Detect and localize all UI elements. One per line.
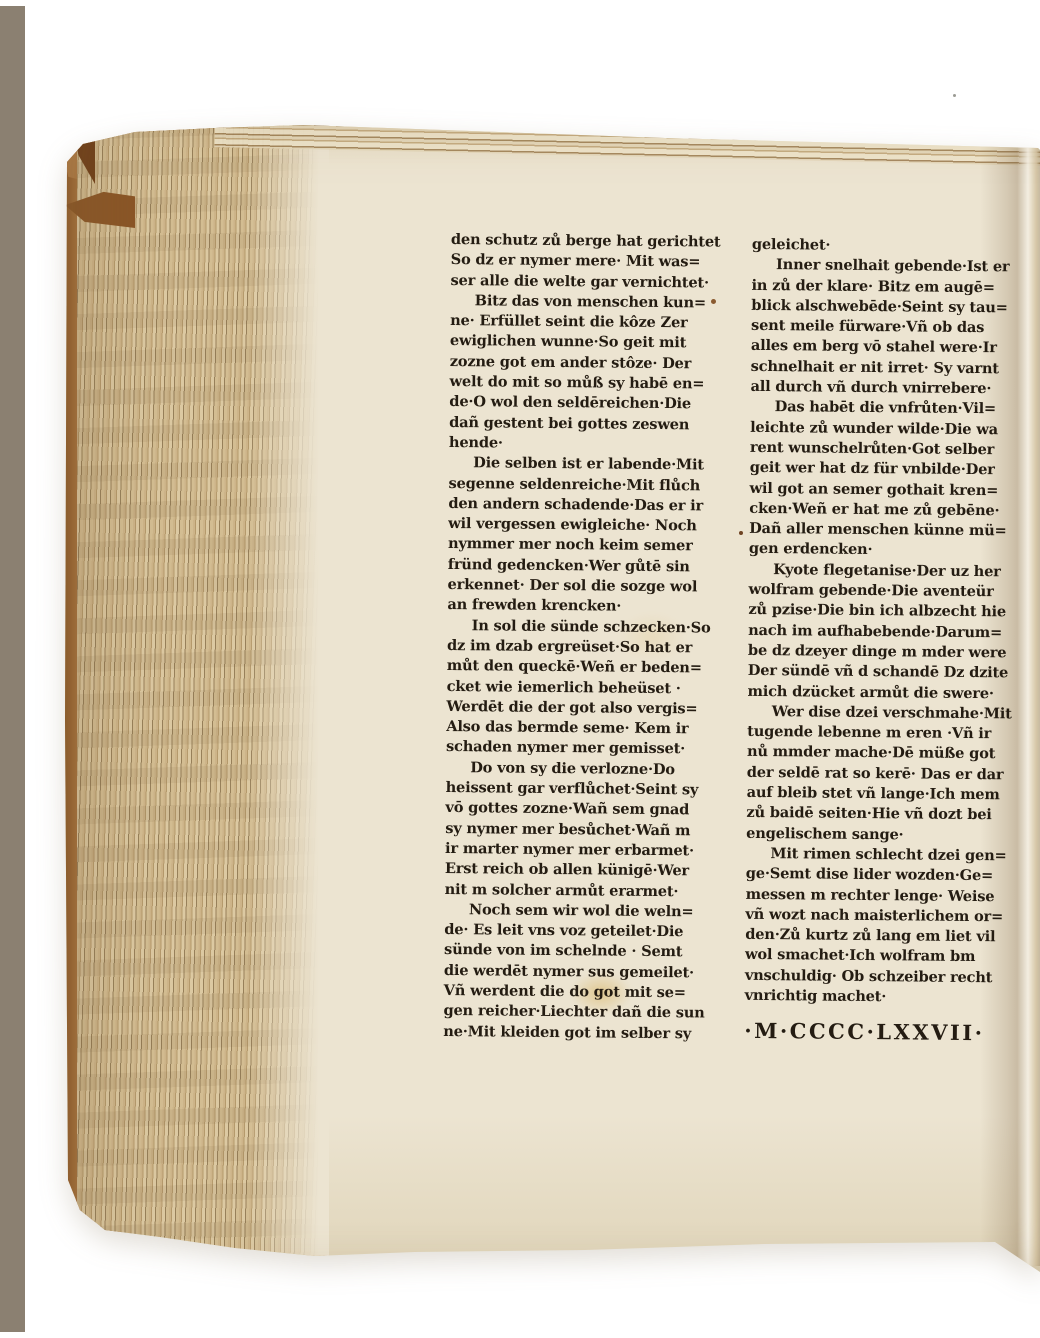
text-line: So dz er nymer mere· Mit was= — [451, 250, 709, 273]
text-line: hende· — [449, 433, 707, 456]
text-line: dañ gestent bei gottes zeswen — [449, 413, 707, 436]
text-line: messen m rechter lenge· Weise — [746, 884, 1012, 907]
text-line: der seldē rat so kerē· Das er dar — [747, 763, 1013, 786]
text-line: geleichet· — [752, 235, 1018, 258]
text-line: vō gottes zozne·Wañ sem gnad — [445, 798, 703, 821]
top-page-edges — [214, 122, 1040, 166]
text-line: wil vergessen ewigleiche· Noch — [448, 514, 706, 537]
text-line: Das habēt die vnfrůten·Vil= — [750, 397, 1016, 420]
text-line: schaden nymer mer gemisset· — [446, 737, 704, 760]
text-line: ge·Semt dise lider wozden·Ge= — [746, 864, 1012, 887]
text-column-right-lines: geleichet· Inner snelhait gebende·Ist er… — [745, 235, 1018, 1009]
text-line: Die selben ist er labende·Mit — [449, 453, 707, 476]
text-line: Der sündē vñ d schandē Dz dzite — [748, 661, 1014, 684]
text-line: zozne got em ander stôze· Der — [450, 352, 708, 375]
text-line: alles em berg vō stahel were·Ir — [751, 336, 1017, 359]
text-line: ne·Mit kleiden got im selber sy — [443, 1022, 701, 1045]
text-line: wil got an semer gothait kren= — [749, 478, 1015, 501]
text-line: můt den queckē·Weñ er beden= — [447, 656, 705, 679]
text-line: all durch vñ durch vnirrebere· — [750, 377, 1016, 400]
text-line: segenne seldenreiche·Mit flůch — [448, 474, 706, 497]
text-line: auf bleib stet vñ lange·Ich mem — [747, 783, 1013, 806]
text-line: cket wie iemerlich beheüset · — [447, 677, 705, 700]
text-line: sünde von im schelnde · Semt — [444, 940, 702, 963]
text-line: Wer dise dzei verschmahe·Mit — [747, 702, 1013, 725]
text-line: Erst reich ob allen künigē·Wer — [445, 859, 703, 882]
text-line: In sol die sünde schzecken·So — [447, 616, 705, 639]
text-line: Dañ aller menschen künne mü= — [749, 519, 1015, 542]
gray-border-strip — [0, 6, 25, 1332]
text-line: vnschuldig· Ob schzeiber recht — [745, 966, 1011, 989]
text-line: ir marter nymer mer erbarmet· — [445, 839, 703, 862]
text-line: in zů der klare· Bitz em augē= — [751, 275, 1017, 298]
text-line: leichte zů wunder wilde·Die wa — [750, 418, 1016, 441]
text-block: den schutz zů berge hat gerichtetSo dz e… — [451, 230, 1031, 236]
book-photograph: den schutz zů berge hat gerichtetSo dz e… — [0, 0, 1040, 1338]
text-column-left: den schutz zů berge hat gerichtetSo dz e… — [443, 230, 709, 1044]
text-line: heissent gar verflůchet·Seint sy — [446, 778, 704, 801]
text-line: ewiglichen wunne·So geit mit — [450, 331, 708, 354]
text-line: Kyote flegetanise·Der uz her — [749, 560, 1015, 583]
text-line: be dz dzeyer dinge m mder were — [748, 641, 1014, 664]
text-line: rent wunschelrůten·Got selber — [750, 438, 1016, 461]
text-line: de·O wol den seldēreichen·Die — [449, 392, 707, 415]
text-line: dz im dzab ergreüset·So hat er — [447, 636, 705, 659]
text-line: cken·Weñ er hat me zů gebēne· — [749, 499, 1015, 522]
text-line: de· Es leit vns voz geteilet·Die — [444, 920, 702, 943]
text-line: wolfram gebende·Die aventeür — [748, 580, 1014, 603]
text-line: Werdēt die der got also vergis= — [446, 697, 704, 720]
text-line: den andern schadende·Das er ir — [448, 494, 706, 517]
text-line: erkennet· Der sol die sozge wol — [447, 575, 705, 598]
open-page: den schutz zů berge hat gerichtetSo dz e… — [65, 120, 1040, 1278]
text-line: nymmer mer noch keim semer — [448, 534, 706, 557]
text-line: nit m solcher armůt erarmet· — [445, 879, 703, 902]
text-line: nach im aufhabebende·Darum= — [748, 621, 1014, 644]
dust-speck — [953, 94, 956, 97]
text-line: Inner snelhait gebende·Ist er — [752, 255, 1018, 278]
text-line: ne· Erfüllet seint die kôze Zer — [450, 311, 708, 334]
text-line: den schutz zů berge hat gerichtet — [451, 230, 709, 253]
text-line: vñ wozt nach maisterlichem or= — [745, 905, 1011, 928]
colophon-date: ·M·CCCC·LXXVII· — [744, 1021, 1010, 1044]
text-line: Do von sy die verlozne·Do — [446, 758, 704, 781]
text-line: Also das bermde seme· Kem ir — [446, 717, 704, 740]
text-line: fründ gedencken·Wer gůtē sin — [448, 555, 706, 578]
text-line: die werdēt nymer sus gemeilet· — [444, 961, 702, 984]
text-line: welt do mit so můß sy habē en= — [449, 372, 707, 395]
text-line: Noch sem wir wol die weln= — [444, 900, 702, 923]
fore-edge-page-stack — [77, 124, 329, 1260]
text-line: sy nymer mer besůchet·Wañ m — [445, 819, 703, 842]
margin-dot — [739, 531, 743, 535]
text-line: zů pzise·Die bin ich albzecht hie — [748, 600, 1014, 623]
text-line: blick alschwebēde·Seint sy tau= — [751, 296, 1017, 319]
margin-dot — [711, 299, 716, 304]
text-line: Mit rimen schlecht dzei gen= — [746, 844, 1012, 867]
text-line: geit wer hat dz für vnbilde·Der — [750, 458, 1016, 481]
text-line: sent meile fürware·Vñ ob das — [751, 316, 1017, 339]
text-line: zů baidē seiten·Hie vñ dozt bei — [746, 803, 1012, 826]
text-line: Vñ werdent die do got mit se= — [444, 981, 702, 1004]
text-line: Bitz das von menschen kun= — [450, 291, 708, 314]
text-line: mich dzücket armůt die swere· — [747, 681, 1013, 704]
book: den schutz zů berge hat gerichtetSo dz e… — [65, 120, 1040, 1278]
text-line: nů mmder mache·Dē müße got — [747, 742, 1013, 765]
text-line: schnelhait er nit irret· Sy varnt — [751, 357, 1017, 380]
text-line: ser alle die welte gar vernichtet· — [450, 271, 708, 294]
text-line: gen erdencken· — [749, 539, 1015, 562]
text-line: engelischem sange· — [746, 823, 1012, 846]
text-line: vnrichtig machet· — [745, 986, 1011, 1009]
text-line: gen reicher·Liechter dañ die sun — [443, 1001, 701, 1024]
text-line: tugende lebenne m eren ·Vñ ir — [747, 722, 1013, 745]
text-line: den·Zů kurtz zů lang em liet vil — [745, 925, 1011, 948]
text-line: an frewden krencken· — [447, 595, 705, 618]
text-line: wol smachet·Ich wolfram bm — [745, 945, 1011, 968]
text-column-right: geleichet· Inner snelhait gebende·Ist er… — [744, 235, 1018, 1044]
